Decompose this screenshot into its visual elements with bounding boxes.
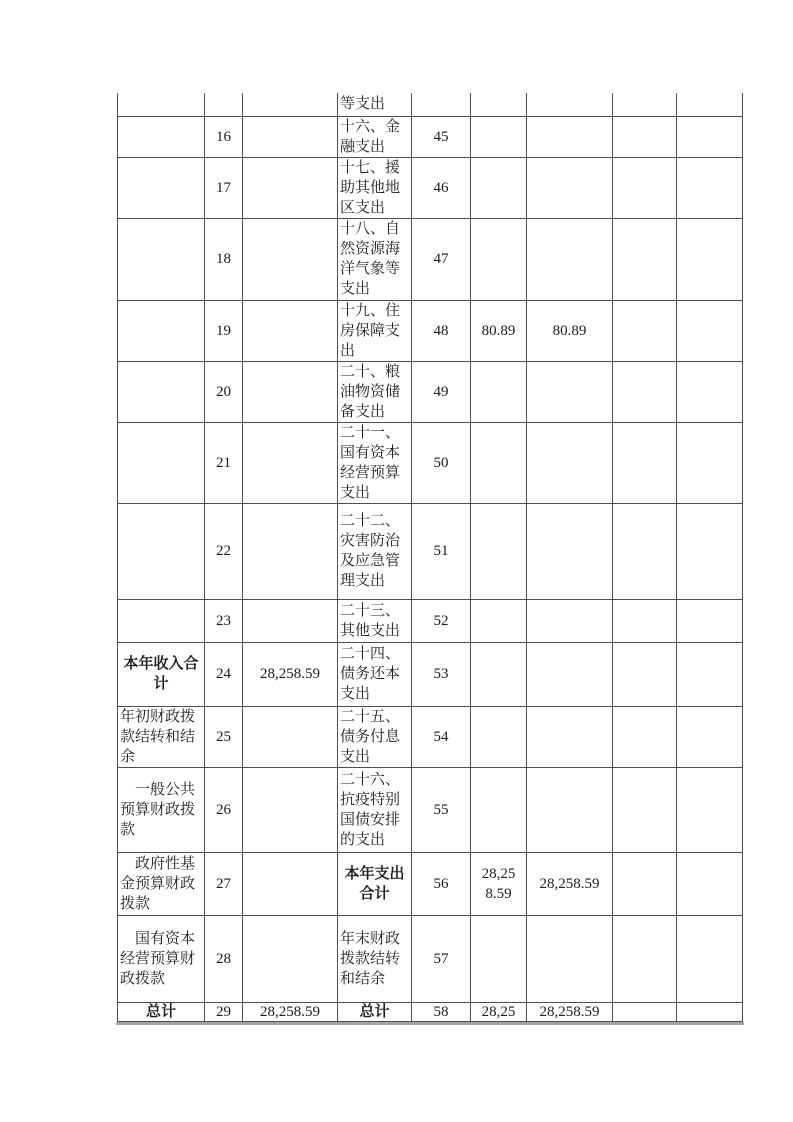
line-number-cell-text: 45 xyxy=(414,127,468,147)
amount-cell xyxy=(243,915,338,1002)
empty-cell-2 xyxy=(677,361,743,422)
empty-cell-2 xyxy=(677,642,743,706)
empty-cell-1 xyxy=(613,422,677,503)
empty-cell-1 xyxy=(613,116,677,157)
category-cell-text: 十七、援助其他地区支出 xyxy=(340,158,409,218)
seq-number-cell-text: 25 xyxy=(207,727,240,747)
line-number-cell-text: 55 xyxy=(414,800,468,820)
category-cell-text: 十六、金融支出 xyxy=(340,117,409,157)
line-number-cell-text: 52 xyxy=(414,611,468,631)
value-a-cell xyxy=(471,767,527,852)
amount-cell xyxy=(243,767,338,852)
row-label-cell: 政府性基金预算财政拨款 xyxy=(118,852,205,915)
empty-cell-2 xyxy=(677,852,743,915)
row-label-cell xyxy=(118,300,205,361)
value-b-cell: 28,258.59 xyxy=(527,852,613,915)
category-cell: 本年支出合计 xyxy=(338,852,412,915)
row-label-cell xyxy=(118,157,205,218)
table-row: 19十九、住房保障支出4880.8980.89 xyxy=(118,300,743,361)
amount-cell xyxy=(243,218,338,300)
line-number-cell: 51 xyxy=(412,503,471,599)
value-b-cell xyxy=(527,93,613,116)
empty-cell-2 xyxy=(677,116,743,157)
value-a-cell xyxy=(471,218,527,300)
line-number-cell: 55 xyxy=(412,767,471,852)
row-label-cell xyxy=(118,503,205,599)
category-cell: 二十一、国有资本经营预算支出 xyxy=(338,422,412,503)
seq-number-cell: 24 xyxy=(205,642,243,706)
value-a-cell xyxy=(471,503,527,599)
seq-number-cell xyxy=(205,93,243,116)
row-label-cell xyxy=(118,93,205,116)
line-number-cell-text: 51 xyxy=(414,541,468,561)
category-cell-text: 十八、自然资源海洋气象等支出 xyxy=(340,219,409,299)
row-label-cell-text: 本年收入合计 xyxy=(120,654,202,694)
category-cell: 等支出 xyxy=(338,93,412,116)
amount-cell xyxy=(243,852,338,915)
seq-number-cell-text: 24 xyxy=(207,664,240,684)
row-label-cell-text: 国有资本经营预算财政拨款 xyxy=(120,929,202,989)
table-row: 国有资本经营预算财政拨款28年末财政拨款结转和结余57 xyxy=(118,915,743,1002)
value-a-cell xyxy=(471,361,527,422)
category-cell: 十七、援助其他地区支出 xyxy=(338,157,412,218)
value-b-cell xyxy=(527,706,613,767)
value-a-cell xyxy=(471,93,527,116)
empty-cell-2 xyxy=(677,915,743,1002)
seq-number-cell: 25 xyxy=(205,706,243,767)
row-label-cell xyxy=(118,218,205,300)
amount-cell xyxy=(243,503,338,599)
line-number-cell: 53 xyxy=(412,642,471,706)
category-cell: 二十六、抗疫特别国债安排的支出 xyxy=(338,767,412,852)
value-a-cell: 28,258.59 xyxy=(471,852,527,915)
value-a-cell xyxy=(471,116,527,157)
amount-cell: 28,258.59 xyxy=(243,1002,338,1021)
row-label-cell: 国有资本经营预算财政拨款 xyxy=(118,915,205,1002)
seq-number-cell-text: 22 xyxy=(207,541,240,561)
table-row: 本年收入合计2428,258.59二十四、债务还本支出53 xyxy=(118,642,743,706)
value-b-cell-text: 28,258.59 xyxy=(529,1003,610,1021)
line-number-cell: 49 xyxy=(412,361,471,422)
seq-number-cell-text: 18 xyxy=(207,249,240,269)
empty-cell-1 xyxy=(613,706,677,767)
amount-cell xyxy=(243,422,338,503)
seq-number-cell-text: 21 xyxy=(207,453,240,473)
category-cell-text: 等支出 xyxy=(340,94,409,114)
value-b-cell xyxy=(527,116,613,157)
value-b-cell xyxy=(527,915,613,1002)
value-b-cell: 28,258.59 xyxy=(527,1002,613,1021)
empty-cell-1 xyxy=(613,93,677,116)
empty-cell-1 xyxy=(613,300,677,361)
category-cell: 二十二、灾害防治及应急管理支出 xyxy=(338,503,412,599)
seq-number-cell-text: 29 xyxy=(207,1003,240,1021)
document-page: 等支出16十六、金融支出4517十七、援助其他地区支出4618十八、自然资源海洋… xyxy=(0,0,793,1122)
seq-number-cell-text: 16 xyxy=(207,127,240,147)
value-a-cell xyxy=(471,422,527,503)
empty-cell-2 xyxy=(677,218,743,300)
value-b-cell-text: 28,258.59 xyxy=(529,874,610,894)
value-b-cell-text: 80.89 xyxy=(529,321,610,341)
amount-cell xyxy=(243,361,338,422)
table-row: 20二十、粮油物资储备支出49 xyxy=(118,361,743,422)
seq-number-cell: 16 xyxy=(205,116,243,157)
value-b-cell xyxy=(527,599,613,642)
row-label-cell-text: 一般公共预算财政拨款 xyxy=(120,780,202,840)
category-cell-text: 本年支出合计 xyxy=(340,864,409,904)
amount-cell xyxy=(243,706,338,767)
value-b-cell xyxy=(527,767,613,852)
line-number-cell: 54 xyxy=(412,706,471,767)
value-a-cell: 28,258.59 xyxy=(471,1002,527,1021)
row-label-cell: 总计 xyxy=(118,1002,205,1021)
empty-cell-2 xyxy=(677,300,743,361)
seq-number-cell-text: 17 xyxy=(207,178,240,198)
seq-number-cell-text: 26 xyxy=(207,800,240,820)
amount-cell xyxy=(243,300,338,361)
category-cell: 十九、住房保障支出 xyxy=(338,300,412,361)
category-cell: 十六、金融支出 xyxy=(338,116,412,157)
seq-number-cell-text: 23 xyxy=(207,611,240,631)
table-row: 17十七、援助其他地区支出46 xyxy=(118,157,743,218)
row-label-cell: 年初财政拨款结转和结余 xyxy=(118,706,205,767)
row-label-cell-text: 年初财政拨款结转和结余 xyxy=(120,707,202,767)
value-b-cell xyxy=(527,361,613,422)
amount-cell xyxy=(243,116,338,157)
table-row: 年初财政拨款结转和结余25二十五、债务付息支出54 xyxy=(118,706,743,767)
value-b-cell xyxy=(527,157,613,218)
line-number-cell: 52 xyxy=(412,599,471,642)
empty-cell-2 xyxy=(677,157,743,218)
line-number-cell-text: 46 xyxy=(414,178,468,198)
seq-number-cell-text: 19 xyxy=(207,321,240,341)
value-b-cell xyxy=(527,503,613,599)
value-b-cell xyxy=(527,422,613,503)
seq-number-cell: 21 xyxy=(205,422,243,503)
seq-number-cell: 18 xyxy=(205,218,243,300)
empty-cell-1 xyxy=(613,599,677,642)
category-cell-text: 总计 xyxy=(340,1003,409,1021)
seq-number-cell: 28 xyxy=(205,915,243,1002)
row-label-cell xyxy=(118,422,205,503)
line-number-cell-text: 56 xyxy=(414,874,468,894)
category-cell-text: 二十五、债务付息支出 xyxy=(340,707,409,767)
empty-cell-1 xyxy=(613,1002,677,1021)
row-label-cell-text: 总计 xyxy=(120,1003,202,1021)
line-number-cell: 47 xyxy=(412,218,471,300)
seq-number-cell: 20 xyxy=(205,361,243,422)
table-row: 23二十三、其他支出52 xyxy=(118,599,743,642)
row-label-cell-text: 政府性基金预算财政拨款 xyxy=(120,854,202,914)
category-cell-text: 二十二、灾害防治及应急管理支出 xyxy=(340,511,409,591)
table-bottom-rule xyxy=(116,1022,744,1025)
line-number-cell-text: 48 xyxy=(414,321,468,341)
amount-cell: 28,258.59 xyxy=(243,642,338,706)
line-number-cell: 50 xyxy=(412,422,471,503)
empty-cell-2 xyxy=(677,422,743,503)
value-a-cell: 80.89 xyxy=(471,300,527,361)
table-body: 等支出16十六、金融支出4517十七、援助其他地区支出4618十八、自然资源海洋… xyxy=(118,93,743,1021)
amount-cell xyxy=(243,93,338,116)
line-number-cell: 57 xyxy=(412,915,471,1002)
line-number-cell-text: 47 xyxy=(414,249,468,269)
empty-cell-1 xyxy=(613,852,677,915)
category-cell-text: 二十、粮油物资储备支出 xyxy=(340,362,409,422)
seq-number-cell: 29 xyxy=(205,1002,243,1021)
empty-cell-1 xyxy=(613,361,677,422)
line-number-cell-text: 57 xyxy=(414,949,468,969)
empty-cell-1 xyxy=(613,157,677,218)
category-cell: 二十、粮油物资储备支出 xyxy=(338,361,412,422)
empty-cell-1 xyxy=(613,503,677,599)
category-cell-text: 二十六、抗疫特别国债安排的支出 xyxy=(340,770,409,850)
empty-cell-2 xyxy=(677,599,743,642)
line-number-cell: 46 xyxy=(412,157,471,218)
value-a-cell-text: 28,258.59 xyxy=(480,1003,518,1021)
line-number-cell-text: 58 xyxy=(414,1003,468,1021)
category-cell-text: 二十四、债务还本支出 xyxy=(340,644,409,704)
seq-number-cell: 23 xyxy=(205,599,243,642)
table-row: 21二十一、国有资本经营预算支出50 xyxy=(118,422,743,503)
line-number-cell-text: 49 xyxy=(414,382,468,402)
amount-cell-text: 28,258.59 xyxy=(245,664,335,684)
category-cell-text: 二十三、其他支出 xyxy=(340,601,409,641)
table-row: 18十八、自然资源海洋气象等支出47 xyxy=(118,218,743,300)
table-row: 政府性基金预算财政拨款27本年支出合计5628,258.5928,258.59 xyxy=(118,852,743,915)
empty-cell-2 xyxy=(677,706,743,767)
value-a-cell xyxy=(471,157,527,218)
amount-cell xyxy=(243,599,338,642)
line-number-cell-text: 50 xyxy=(414,453,468,473)
value-a-cell xyxy=(471,706,527,767)
empty-cell-1 xyxy=(613,218,677,300)
empty-cell-1 xyxy=(613,642,677,706)
line-number-cell-text: 54 xyxy=(414,727,468,747)
seq-number-cell: 19 xyxy=(205,300,243,361)
value-a-cell xyxy=(471,915,527,1002)
line-number-cell-text: 53 xyxy=(414,664,468,684)
category-cell: 二十五、债务付息支出 xyxy=(338,706,412,767)
category-cell: 十八、自然资源海洋气象等支出 xyxy=(338,218,412,300)
budget-table: 等支出16十六、金融支出4517十七、援助其他地区支出4618十八、自然资源海洋… xyxy=(117,93,743,1022)
value-b-cell xyxy=(527,642,613,706)
seq-number-cell-text: 28 xyxy=(207,949,240,969)
category-cell: 总计 xyxy=(338,1002,412,1021)
empty-cell-1 xyxy=(613,767,677,852)
row-label-cell xyxy=(118,599,205,642)
seq-number-cell: 22 xyxy=(205,503,243,599)
line-number-cell: 48 xyxy=(412,300,471,361)
value-a-cell-text: 80.89 xyxy=(480,321,518,341)
seq-number-cell: 27 xyxy=(205,852,243,915)
table-row: 22二十二、灾害防治及应急管理支出51 xyxy=(118,503,743,599)
category-cell-text: 十九、住房保障支出 xyxy=(340,301,409,361)
line-number-cell: 45 xyxy=(412,116,471,157)
category-cell-text: 年末财政拨款结转和结余 xyxy=(340,929,409,989)
value-b-cell: 80.89 xyxy=(527,300,613,361)
table-row: 等支出 xyxy=(118,93,743,116)
line-number-cell: 58 xyxy=(412,1002,471,1021)
row-label-cell: 一般公共预算财政拨款 xyxy=(118,767,205,852)
seq-number-cell: 26 xyxy=(205,767,243,852)
value-a-cell-text: 28,258.59 xyxy=(480,864,518,904)
table-row: 总计2928,258.59总计5828,258.5928,258.59 xyxy=(118,1002,743,1021)
value-a-cell xyxy=(471,642,527,706)
row-label-cell xyxy=(118,116,205,157)
amount-cell xyxy=(243,157,338,218)
empty-cell-2 xyxy=(677,503,743,599)
line-number-cell xyxy=(412,93,471,116)
table-row: 一般公共预算财政拨款26二十六、抗疫特别国债安排的支出55 xyxy=(118,767,743,852)
seq-number-cell-text: 27 xyxy=(207,874,240,894)
category-cell-text: 二十一、国有资本经营预算支出 xyxy=(340,423,409,503)
category-cell: 二十四、债务还本支出 xyxy=(338,642,412,706)
empty-cell-2 xyxy=(677,767,743,852)
value-b-cell xyxy=(527,218,613,300)
row-label-cell: 本年收入合计 xyxy=(118,642,205,706)
table-row: 16十六、金融支出45 xyxy=(118,116,743,157)
empty-cell-2 xyxy=(677,93,743,116)
amount-cell-text: 28,258.59 xyxy=(245,1003,335,1021)
empty-cell-1 xyxy=(613,915,677,1002)
row-label-cell xyxy=(118,361,205,422)
category-cell: 二十三、其他支出 xyxy=(338,599,412,642)
seq-number-cell-text: 20 xyxy=(207,382,240,402)
line-number-cell: 56 xyxy=(412,852,471,915)
seq-number-cell: 17 xyxy=(205,157,243,218)
empty-cell-2 xyxy=(677,1002,743,1021)
value-a-cell xyxy=(471,599,527,642)
category-cell: 年末财政拨款结转和结余 xyxy=(338,915,412,1002)
